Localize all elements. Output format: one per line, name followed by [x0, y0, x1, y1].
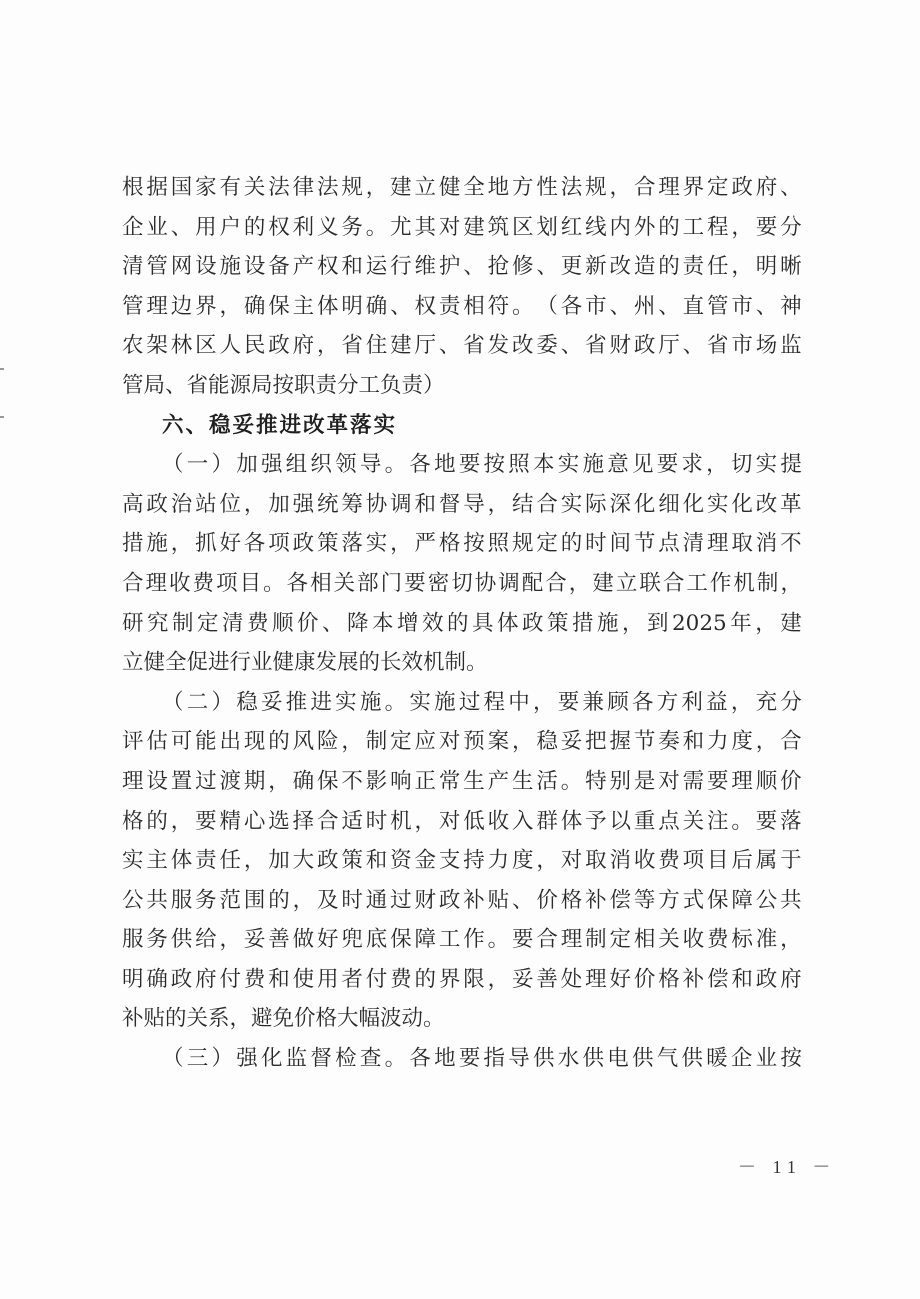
text-line: 合理收费项目。各相关部门要密切协调配合，建立联合工作机制， — [122, 564, 802, 604]
text-line: 格的，要精心选择合适时机，对低收入群体予以重点关注。要落 — [122, 802, 802, 842]
document-page: 根据国家有关法律法规，建立健全地方性法规，合理界定政府、 企业、用户的权利义务。… — [0, 0, 920, 1299]
text-line: 实主体责任，加大政策和资金支持力度，对取消收费项目后属于 — [122, 841, 802, 881]
text-line: 明确政府付费和使用者付费的界限，妥善处理好价格补偿和政府 — [122, 960, 802, 1000]
document-body: 根据国家有关法律法规，建立健全地方性法规，合理界定政府、 企业、用户的权利义务。… — [122, 168, 802, 1079]
text-line: 补贴的关系，避免价格大幅波动。 — [122, 999, 802, 1039]
text-line: 研究制定清费顺价、降本增效的具体政策措施，到2025年，建 — [122, 604, 802, 644]
text-line: 措施，抓好各项政策落实，严格按照规定的时间节点清理取消不 — [122, 524, 802, 564]
text-line: 高政治站位，加强统筹协调和督导，结合实际深化细化实化改革 — [122, 485, 802, 525]
text-line: 农架林区人民政府，省住建厅、省发改委、省财政厅、省市场监 — [122, 326, 802, 366]
text-line: 公共服务范围的，及时通过财政补贴、价格补偿等方式保障公共 — [122, 881, 802, 921]
page-number: － 11 － — [738, 1153, 836, 1179]
scan-margin-mark — [0, 416, 4, 418]
text-line: 管局、省能源局按职责分工负责） — [122, 366, 802, 406]
text-line: 企业、用户的权利义务。尤其对建筑区划红线内外的工程，要分 — [122, 208, 802, 248]
text-line: 清管网设施设备产权和运行维护、抢修、更新改造的责任，明晰 — [122, 247, 802, 287]
text-line: 管理边界，确保主体明确、权责相符。（各市、州、直管市、神 — [122, 287, 802, 327]
scan-margin-mark — [0, 368, 4, 370]
text-line: 评估可能出现的风险，制定应对预案，稳妥把握节奏和力度，合 — [122, 722, 802, 762]
text-line: （二）稳妥推进实施。实施过程中，要兼顾各方利益，充分 — [122, 683, 802, 723]
text-line: 服务供给，妥善做好兜底保障工作。要合理制定相关收费标准， — [122, 920, 802, 960]
text-line: （一）加强组织领导。各地要按照本实施意见要求，切实提 — [122, 445, 802, 485]
section-heading: 六、稳妥推进改革落实 — [122, 406, 802, 446]
text-line: 理设置过渡期，确保不影响正常生产生活。特别是对需要理顺价 — [122, 762, 802, 802]
text-line: 根据国家有关法律法规，建立健全地方性法规，合理界定政府、 — [122, 168, 802, 208]
text-line: （三）强化监督检查。各地要指导供水供电供气供暖企业按 — [122, 1039, 802, 1079]
text-line: 立健全促进行业健康发展的长效机制。 — [122, 643, 802, 683]
